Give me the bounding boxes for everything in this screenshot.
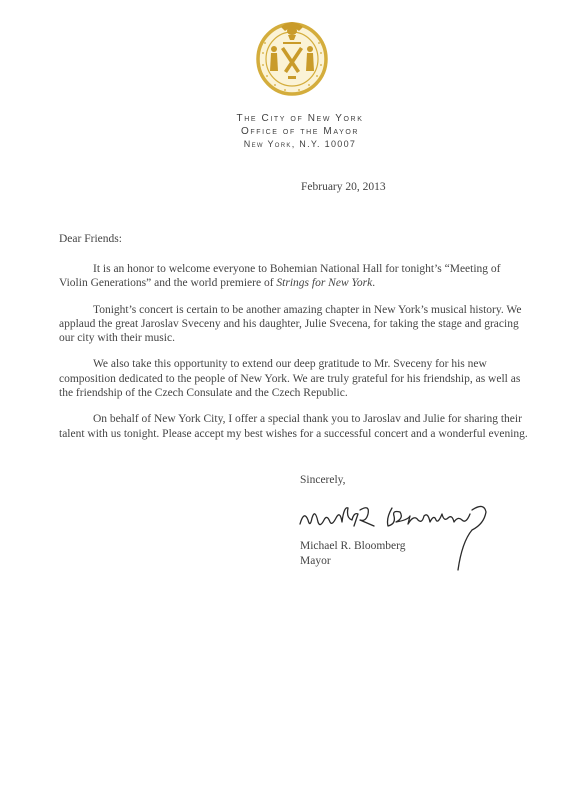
closing: Sincerely, bbox=[300, 474, 346, 486]
letterhead-city: The City of New York bbox=[200, 112, 400, 125]
signer-name: Michael R. Bloomberg bbox=[300, 539, 406, 554]
paragraph-4: On behalf of New York City, I offer a sp… bbox=[59, 412, 529, 441]
paragraph-3: We also take this opportunity to extend … bbox=[59, 357, 529, 400]
paragraph-1: It is an honor to welcome everyone to Bo… bbox=[59, 262, 529, 291]
letterhead: The City of New York Office of the Mayor… bbox=[200, 112, 400, 151]
paragraph-1-end: . bbox=[372, 277, 375, 289]
city-seal-icon bbox=[255, 13, 329, 97]
letter-body: It is an honor to welcome everyone to Bo… bbox=[59, 262, 529, 453]
signer-block: Michael R. Bloomberg Mayor bbox=[300, 539, 406, 568]
work-title: Strings for New York bbox=[276, 277, 372, 289]
letter-date: February 20, 2013 bbox=[301, 181, 386, 193]
letterhead-address: New York, N.Y. 10007 bbox=[200, 138, 400, 151]
paragraph-2: Tonight’s concert is certain to be anoth… bbox=[59, 303, 529, 346]
signer-title: Mayor bbox=[300, 554, 406, 569]
salutation: Dear Friends: bbox=[59, 233, 122, 245]
letterhead-office: Office of the Mayor bbox=[200, 125, 400, 138]
